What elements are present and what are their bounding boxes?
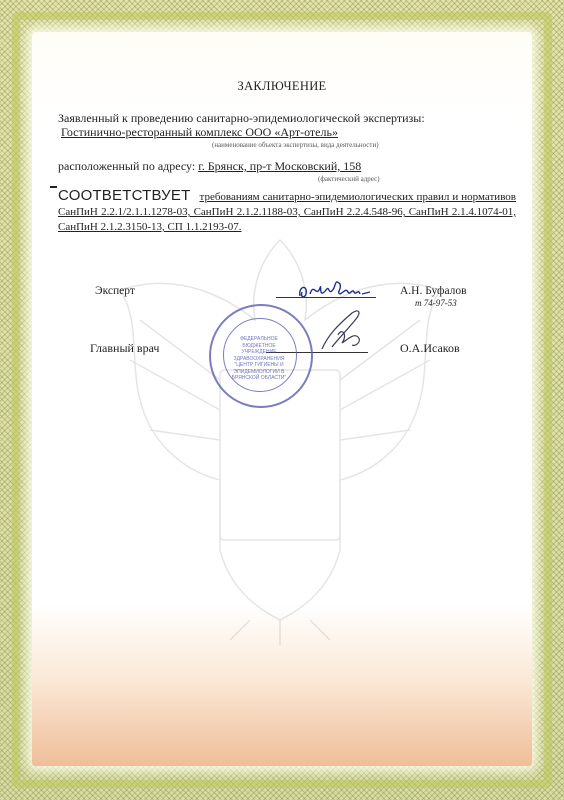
- conformity-paragraph: СООТВЕТСТВУЕТ требованиям санитарно-эпид…: [58, 188, 516, 235]
- address-row: расположенный по адресу: г. Брянск, пр-т…: [58, 159, 361, 174]
- object-note: (наименование объекта экспертизы, вида д…: [212, 141, 379, 149]
- address-note: (фактический адрес): [318, 175, 380, 183]
- expert-role: Эксперт: [95, 285, 135, 297]
- chief-role: Главный врач: [90, 341, 159, 356]
- object-name: Гостинично-ресторанный комплекс ООО «Арт…: [61, 125, 338, 140]
- expert-name: А.Н. Буфалов: [400, 285, 467, 297]
- declared-label: Заявленный к проведению санитарно-эпидем…: [58, 111, 425, 126]
- expert-signature-icon: [296, 278, 380, 304]
- address-label: расположенный по адресу:: [58, 159, 195, 173]
- official-stamp: ФЕДЕРАЛЬНОЕ БЮДЖЕТНОЕ УЧРЕЖДЕНИЕ ЗДРАВОО…: [209, 304, 313, 408]
- address-value: г. Брянск, пр-т Московский, 158: [198, 159, 361, 173]
- margin-mark: [50, 186, 57, 188]
- chief-signature-icon: [318, 305, 378, 355]
- expert-phone: т 74-97-53: [415, 298, 457, 308]
- conformity-word: СООТВЕТСТВУЕТ: [58, 187, 190, 204]
- stamp-center-text: ФЕДЕРАЛЬНОЕ БЮДЖЕТНОЕ УЧРЕЖДЕНИЕ ЗДРАВОО…: [221, 336, 297, 382]
- chief-name: О.А.Исаков: [400, 341, 460, 356]
- document-title: ЗАКЛЮЧЕНИЕ: [0, 79, 564, 94]
